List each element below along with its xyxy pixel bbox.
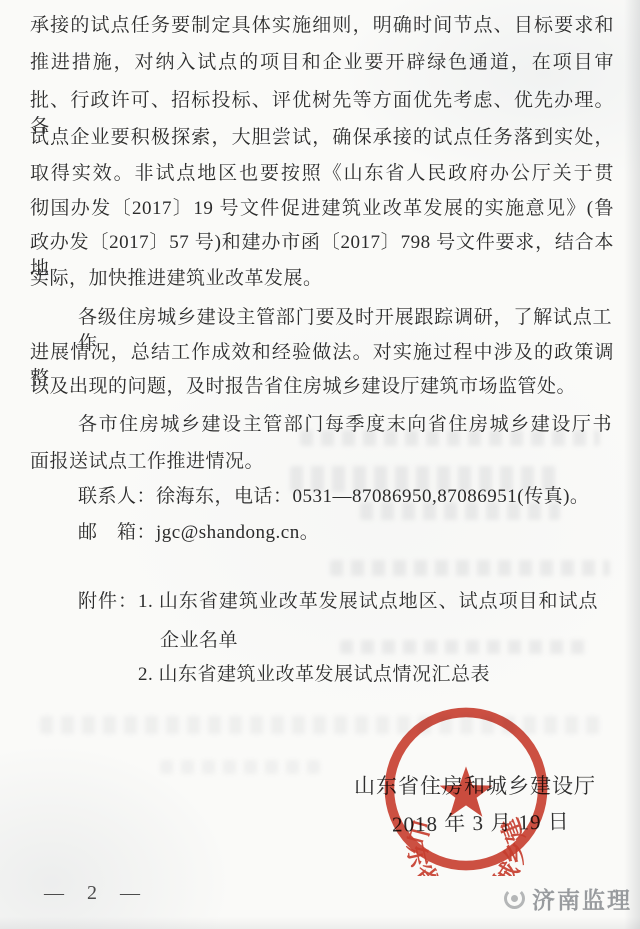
seal-star-icon xyxy=(440,766,493,816)
body-line: 以及出现的问题，及时报告省住房城乡建设厅建筑市场监管处。 xyxy=(30,374,614,402)
attachment-line: 附件：1. 山东省建筑业改革发展试点地区、试点项目和试点 xyxy=(78,589,598,617)
scan-edge-shadow-bottom xyxy=(0,917,640,929)
bleedthrough-smudge xyxy=(160,760,320,774)
body-line: 政办发〔2017〕57 号)和建办市函〔2017〕798 号文件要求，结合本地 xyxy=(30,230,614,258)
watermark: 济南监理 xyxy=(504,882,632,915)
attachment-line: 企业名单 xyxy=(160,628,640,656)
body-line: 取得实效。非试点地区也要按照《山东省人民政府办公厅关于贯 xyxy=(30,161,614,189)
official-seal: 山东省住房和城乡建设厅 xyxy=(379,702,553,876)
body-line: 各市住房城乡建设主管部门每季度末向省住房城乡建设厅书 xyxy=(78,412,612,440)
body-line: 批、行政许可、招标投标、评优树先等方面优先考虑、优先办理。各 xyxy=(30,88,614,116)
scan-edge-shadow xyxy=(624,0,640,929)
contact-line: 联系人：徐海东，电话：0531—87086950,87086951(传真)。 xyxy=(78,484,640,512)
body-line: 承接的试点任务要制定具体实施细则，明确时间节点、目标要求和 xyxy=(30,13,614,41)
body-line: 进展情况，总结工作成效和经验做法。对实施过程中涉及的政策调整 xyxy=(30,340,614,368)
body-line: 试点企业要积极探索，大胆尝试，确保承接的试点任务落到实处， xyxy=(30,125,614,153)
document-page: 承接的试点任务要制定具体实施细则，明确时间节点、目标要求和 推进措施，对纳入试点… xyxy=(0,0,640,929)
bleedthrough-smudge xyxy=(330,560,610,576)
watermark-label: 济南监理 xyxy=(532,882,632,915)
email-line: 邮 箱：jgc@shandong.cn。 xyxy=(78,520,640,548)
jinan-jianli-logo-icon xyxy=(504,888,525,909)
body-line: 各级住房城乡建设主管部门要及时开展跟踪调研，了解试点工作 xyxy=(78,305,612,333)
body-line: 推进措施，对纳入试点的项目和企业要开辟绿色通道，在项目审 xyxy=(30,50,614,78)
body-line: 彻国办发〔2017〕19 号文件促进建筑业改革发展的实施意见》(鲁 xyxy=(30,196,614,224)
body-line: 实际，加快推进建筑业改革发展。 xyxy=(30,266,614,294)
body-line: 面报送试点工作推进情况。 xyxy=(30,449,614,477)
attachment-line: 2. 山东省建筑业改革发展试点情况汇总表 xyxy=(138,662,640,690)
page-number: — 2 — xyxy=(44,882,141,905)
